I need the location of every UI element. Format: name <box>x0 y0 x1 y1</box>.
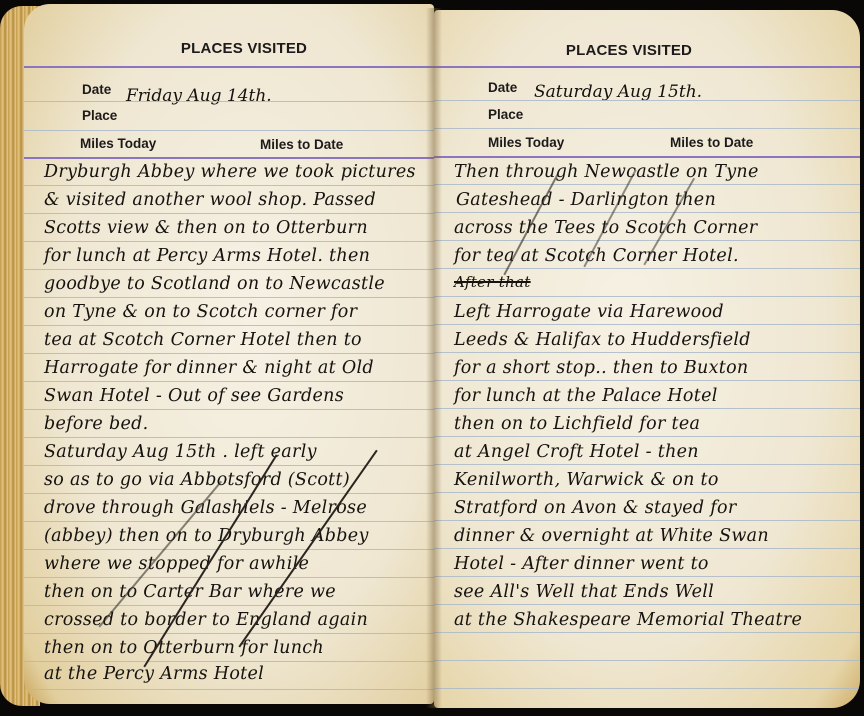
entry-line: crossed to border to England again <box>44 610 368 630</box>
entry-line: on Tyne & on to Scotch corner for <box>44 302 357 322</box>
miles-to-date-label: Miles to Date <box>670 135 753 150</box>
date-value[interactable]: Friday Aug 14th. <box>126 86 272 106</box>
date-label: Date <box>82 82 111 97</box>
ruled-line <box>24 101 434 102</box>
entry-line: at Angel Croft Hotel - then <box>454 442 699 462</box>
miles-today-label: Miles Today <box>488 135 564 150</box>
entry-line: tea at Scotch Corner Hotel then to <box>44 330 362 350</box>
entry-line: Kenilworth, Warwick & on to <box>454 470 719 490</box>
place-label: Place <box>488 107 523 122</box>
miles-to-date-label: Miles to Date <box>260 137 343 152</box>
header-rule <box>24 66 434 68</box>
entry-line: Scotts view & then on to Otterburn <box>44 218 368 238</box>
left-page: PLACES VISITED Date Friday Aug 14th. Pla… <box>24 4 434 704</box>
page-title: PLACES VISITED <box>434 42 824 59</box>
entry-line: Hotel - After dinner went to <box>454 554 709 574</box>
place-label: Place <box>82 108 117 123</box>
entry-line: Harrogate for dinner & night at Old <box>44 358 374 378</box>
struck-entry-line: After that <box>454 273 531 291</box>
header-rule <box>434 66 860 68</box>
entry-line: goodbye to Scotland on to Newcastle <box>44 274 385 294</box>
entry-line: before bed. <box>44 414 148 434</box>
miles-today-label: Miles Today <box>80 136 156 151</box>
page-title: PLACES VISITED <box>24 40 434 57</box>
entry-line: for lunch at the Palace Hotel <box>454 386 718 406</box>
entry-line: for tea at Scotch Corner Hotel. <box>454 246 739 266</box>
entry-line: Stratford on Avon & stayed for <box>454 498 737 518</box>
ruled-line <box>434 128 860 129</box>
date-value[interactable]: Saturday Aug 15th. <box>534 82 702 102</box>
header-rule <box>24 157 434 159</box>
entry-line: Left Harrogate via Harewood <box>454 302 724 322</box>
entry-line: Dryburgh Abbey where we took pictures <box>44 162 416 182</box>
entry-line: then on to Otterburn for lunch <box>44 638 324 658</box>
right-page: PLACES VISITED Date Saturday Aug 15th. P… <box>434 10 860 708</box>
entry-line: dinner & overnight at White Swan <box>454 526 769 546</box>
entry-line: at the Percy Arms Hotel <box>44 664 264 684</box>
entry-line: Leeds & Halifax to Huddersfield <box>454 330 751 350</box>
date-label: Date <box>488 80 517 95</box>
entry-line: Then through Newcastle on Tyne <box>454 162 759 182</box>
entry-line: for lunch at Percy Arms Hotel. then <box>44 246 370 266</box>
entry-line: drove through Galashiels - Melrose <box>44 498 367 518</box>
entry-line: see All's Well that Ends Well <box>454 582 714 602</box>
entry-line: where we stopped for awhile <box>44 554 309 574</box>
entry-line: then on to Lichfield for tea <box>454 414 700 434</box>
entry-line: across the Tees to Scotch Corner <box>454 218 757 238</box>
entry-line: & visited another wool shop. Passed <box>44 190 376 210</box>
entry-line: Saturday Aug 15th . left early <box>44 442 317 462</box>
entry-line: Swan Hotel - Out of see Gardens <box>44 386 344 406</box>
entry-line: at the Shakespeare Memorial Theatre <box>454 610 802 630</box>
ruled-line <box>24 130 434 131</box>
ruled-line <box>434 100 860 101</box>
entry-line: so as to go via Abbotsford (Scott) <box>44 470 350 490</box>
book-spine <box>426 8 442 708</box>
entry-line: for a short stop.. then to Buxton <box>454 358 749 378</box>
header-rule <box>434 156 860 158</box>
